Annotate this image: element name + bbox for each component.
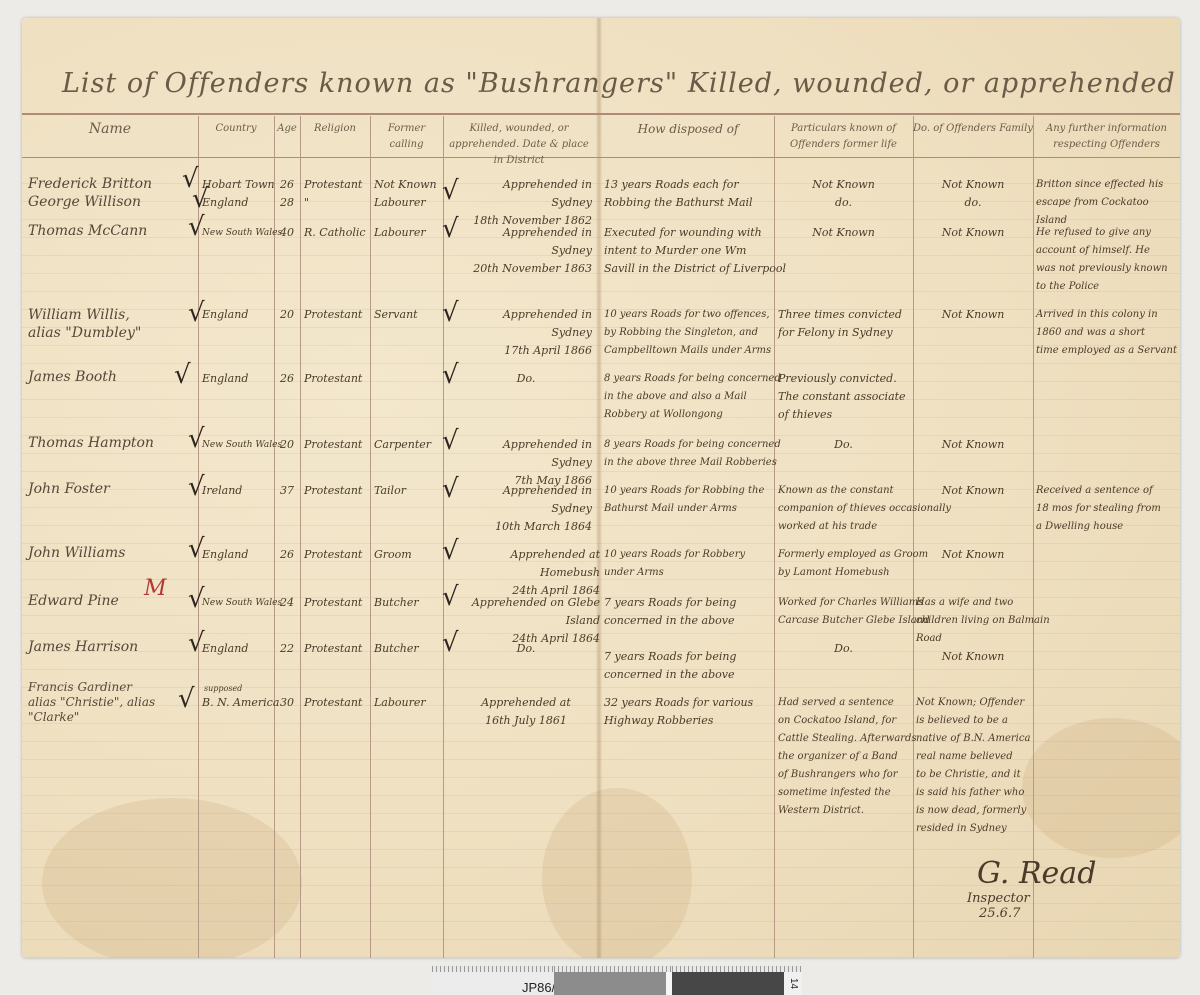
disposal-details: 10 years Roads for two offences, by Robb… [604, 306, 771, 360]
column-header-disposed: How disposed of [602, 121, 774, 137]
offender-name: William Willis, alias "Dumbley" [28, 306, 141, 342]
offender-country: England [202, 640, 248, 658]
offender-country: England [202, 546, 248, 564]
offender-religion: Protestant [304, 640, 362, 658]
signature-name: G. Read [977, 856, 1096, 891]
column-header-country: Country [198, 121, 274, 137]
offender-age: 26 28 [280, 176, 294, 212]
offender-country: Ireland [202, 482, 242, 500]
offender-religion: Protestant [304, 306, 362, 324]
further-info: He refused to give any account of himsel… [1036, 224, 1168, 296]
disposal-details: Executed for wounding with intent to Mur… [604, 224, 786, 278]
offender-age: 40 [280, 224, 294, 242]
scale-segment-end: 14 [784, 966, 802, 995]
family-details: Not Known [913, 648, 1033, 666]
offender-age: 20 [280, 436, 294, 454]
header-rule-bottom [22, 157, 1180, 158]
header-rule-top [22, 113, 1180, 115]
apprehension-details: Apprehended in Sydney 10th March 1864 [460, 482, 592, 536]
former-life-details: Previously convicted. The constant assoc… [778, 370, 906, 424]
offender-country: B. N. America [202, 694, 279, 712]
country-note: supposed [204, 684, 242, 694]
document-title: List of Offenders known as "Bushrangers"… [62, 68, 1172, 99]
offender-name: John Foster [28, 480, 110, 498]
former-life-details: Worked for Charles Williams Carcase Butc… [778, 594, 930, 630]
scale-number: 14 [788, 978, 799, 989]
column-header-family: Do. of Offenders Family [913, 121, 1033, 137]
offender-country: New South Wales [202, 436, 282, 454]
check-mark-icon: √ [442, 300, 459, 326]
column-header-name: Name [22, 121, 198, 137]
offender-calling: Groom [374, 546, 412, 564]
former-life-details: Formerly employed as Groom by Lamont Hom… [778, 546, 928, 582]
check-mark-icon: √ [442, 630, 459, 656]
offender-age: 20 [280, 306, 294, 324]
column-header-religion: Religion [300, 121, 370, 137]
offender-name: Thomas Hampton [28, 434, 154, 452]
check-mark-icon: √ [174, 362, 191, 388]
document-sheet: List of Offenders known as "Bushrangers"… [22, 18, 1180, 958]
signature-block: G. Read Inspector 25.6.7 [967, 856, 1096, 921]
further-info: Britton since effected his escape from C… [1036, 176, 1180, 230]
former-life-details: Had served a sentence on Cockatoo Island… [778, 694, 917, 820]
check-mark-icon: √ [442, 178, 459, 204]
family-details: Not Known [913, 224, 1033, 242]
offender-age: 37 [280, 482, 294, 500]
offender-calling: Butcher [374, 640, 419, 658]
check-mark-icon: √ [178, 686, 195, 712]
check-mark-icon: √ [442, 476, 459, 502]
offender-calling: Labourer [374, 224, 426, 242]
scale-segment-dark [672, 966, 784, 995]
column-header-calling: Former calling [370, 121, 443, 153]
apprehension-details: Apprehended in Sydney 20th November 1863 [460, 224, 592, 278]
signature-title: Inspector [967, 891, 1096, 906]
offender-calling: Servant [374, 306, 418, 324]
offender-name: Edward Pine [28, 592, 119, 610]
family-details: Not Known; Offender is believed to be a … [916, 694, 1030, 838]
offender-country: England [202, 370, 248, 388]
offender-religion: Protestant " [304, 176, 362, 212]
disposal-details: 13 years Roads each for Robbing the Bath… [604, 176, 753, 212]
offender-age: 30 [280, 694, 294, 712]
offender-age: 26 [280, 546, 294, 564]
offender-country: New South Wales [202, 594, 282, 612]
offender-calling: Tailor [374, 482, 406, 500]
check-mark-icon: √ [442, 584, 459, 610]
offender-calling: Butcher [374, 594, 419, 612]
disposal-details: 8 years Roads for being concerned in the… [604, 436, 781, 472]
apprehension-details: Apprehended at Homebush 24th April 1864 [460, 546, 600, 600]
check-mark-icon: √ [442, 538, 459, 564]
disposal-details: 8 years Roads for being concerned in the… [604, 370, 781, 424]
offender-age: 26 [280, 370, 294, 388]
column-divider [1033, 116, 1034, 958]
former-life-details: Do. [774, 640, 913, 658]
offender-name: John Williams [28, 544, 125, 562]
disposal-details: 7 years Roads for being concerned in the… [604, 648, 736, 684]
offender-calling: Carpenter [374, 436, 431, 454]
offender-religion: Protestant [304, 546, 362, 564]
apprehension-details: Apprehended in Sydney 17th April 1866 [460, 306, 592, 360]
column-divider [370, 116, 371, 958]
disposal-details: 10 years Roads for Robbery under Arms [604, 546, 745, 582]
column-divider [274, 116, 275, 958]
family-details: Not Known [913, 482, 1033, 500]
offender-name: Frederick Britton George Willison [28, 175, 152, 211]
family-details: Not Known [913, 436, 1033, 454]
offender-religion: Protestant [304, 370, 362, 388]
check-mark-icon: √ [442, 216, 459, 242]
offender-country: New South Wales [202, 224, 282, 242]
offender-religion: R. Catholic [304, 224, 366, 242]
family-details: Not Known [913, 306, 1033, 324]
column-header-further-info: Any further information respecting Offen… [1033, 121, 1180, 153]
further-info: Arrived in this colony in 1860 and was a… [1036, 306, 1177, 360]
former-life-details: Three times convicted for Felony in Sydn… [778, 306, 902, 342]
column-divider [300, 116, 301, 958]
apprehension-details: Apprehended at 16th July 1861 [460, 694, 592, 730]
further-info: Received a sentence of 18 mos for steali… [1036, 482, 1161, 536]
check-mark-icon: √ [442, 362, 459, 388]
former-life-details: Do. [774, 436, 913, 454]
offender-religion: Protestant [304, 594, 362, 612]
ruled-lines [22, 178, 1180, 958]
apprehension-details: Apprehended in Sydney 18th November 1862 [460, 176, 592, 230]
offender-name: Francis Gardiner alias "Christie", alias… [28, 680, 155, 725]
offender-calling: Not Known Labourer [374, 176, 437, 212]
archive-scale-bar: JP86/101 14 [432, 966, 802, 995]
disposal-details: 32 years Roads for various Highway Robbe… [604, 694, 753, 730]
former-life-details: Not Known [774, 224, 913, 242]
former-life-details: Not Known do. [774, 176, 913, 212]
family-details: Not Known [913, 546, 1033, 564]
apprehension-details: Do. [460, 640, 592, 658]
signature-date: 25.6.7 [979, 906, 1096, 921]
offender-age: 22 [280, 640, 294, 658]
column-header-apprehended: Killed, wounded, or apprehended. Date & … [443, 121, 595, 169]
family-details: Not Known do. [913, 176, 1033, 212]
scale-segment-mid [554, 966, 666, 995]
offender-age: 24 [280, 594, 294, 612]
offender-name: James Harrison [28, 638, 138, 656]
check-mark-icon: √ [442, 428, 459, 454]
offender-calling: Labourer [374, 694, 426, 712]
offender-country: England [202, 306, 248, 324]
offender-religion: Protestant [304, 436, 362, 454]
family-details: Has a wife and two children living on Ba… [916, 594, 1050, 648]
scale-segment-light: JP86/101 [432, 966, 554, 995]
offender-name: Thomas McCann [28, 222, 147, 240]
disposal-details: 10 years Roads for Robbing the Bathurst … [604, 482, 764, 518]
column-header-former-life: Particulars known of Offenders former li… [774, 121, 913, 153]
column-header-age: Age [274, 121, 300, 137]
offender-name: James Booth [28, 368, 117, 386]
column-divider [913, 116, 914, 958]
offender-religion: Protestant [304, 482, 362, 500]
offender-religion: Protestant [304, 694, 362, 712]
apprehension-details: Do. [460, 370, 592, 388]
offender-country: Hobart Town England [202, 176, 275, 212]
disposal-details: 7 years Roads for being concerned in the… [604, 594, 736, 630]
red-annotation: M [144, 576, 167, 601]
